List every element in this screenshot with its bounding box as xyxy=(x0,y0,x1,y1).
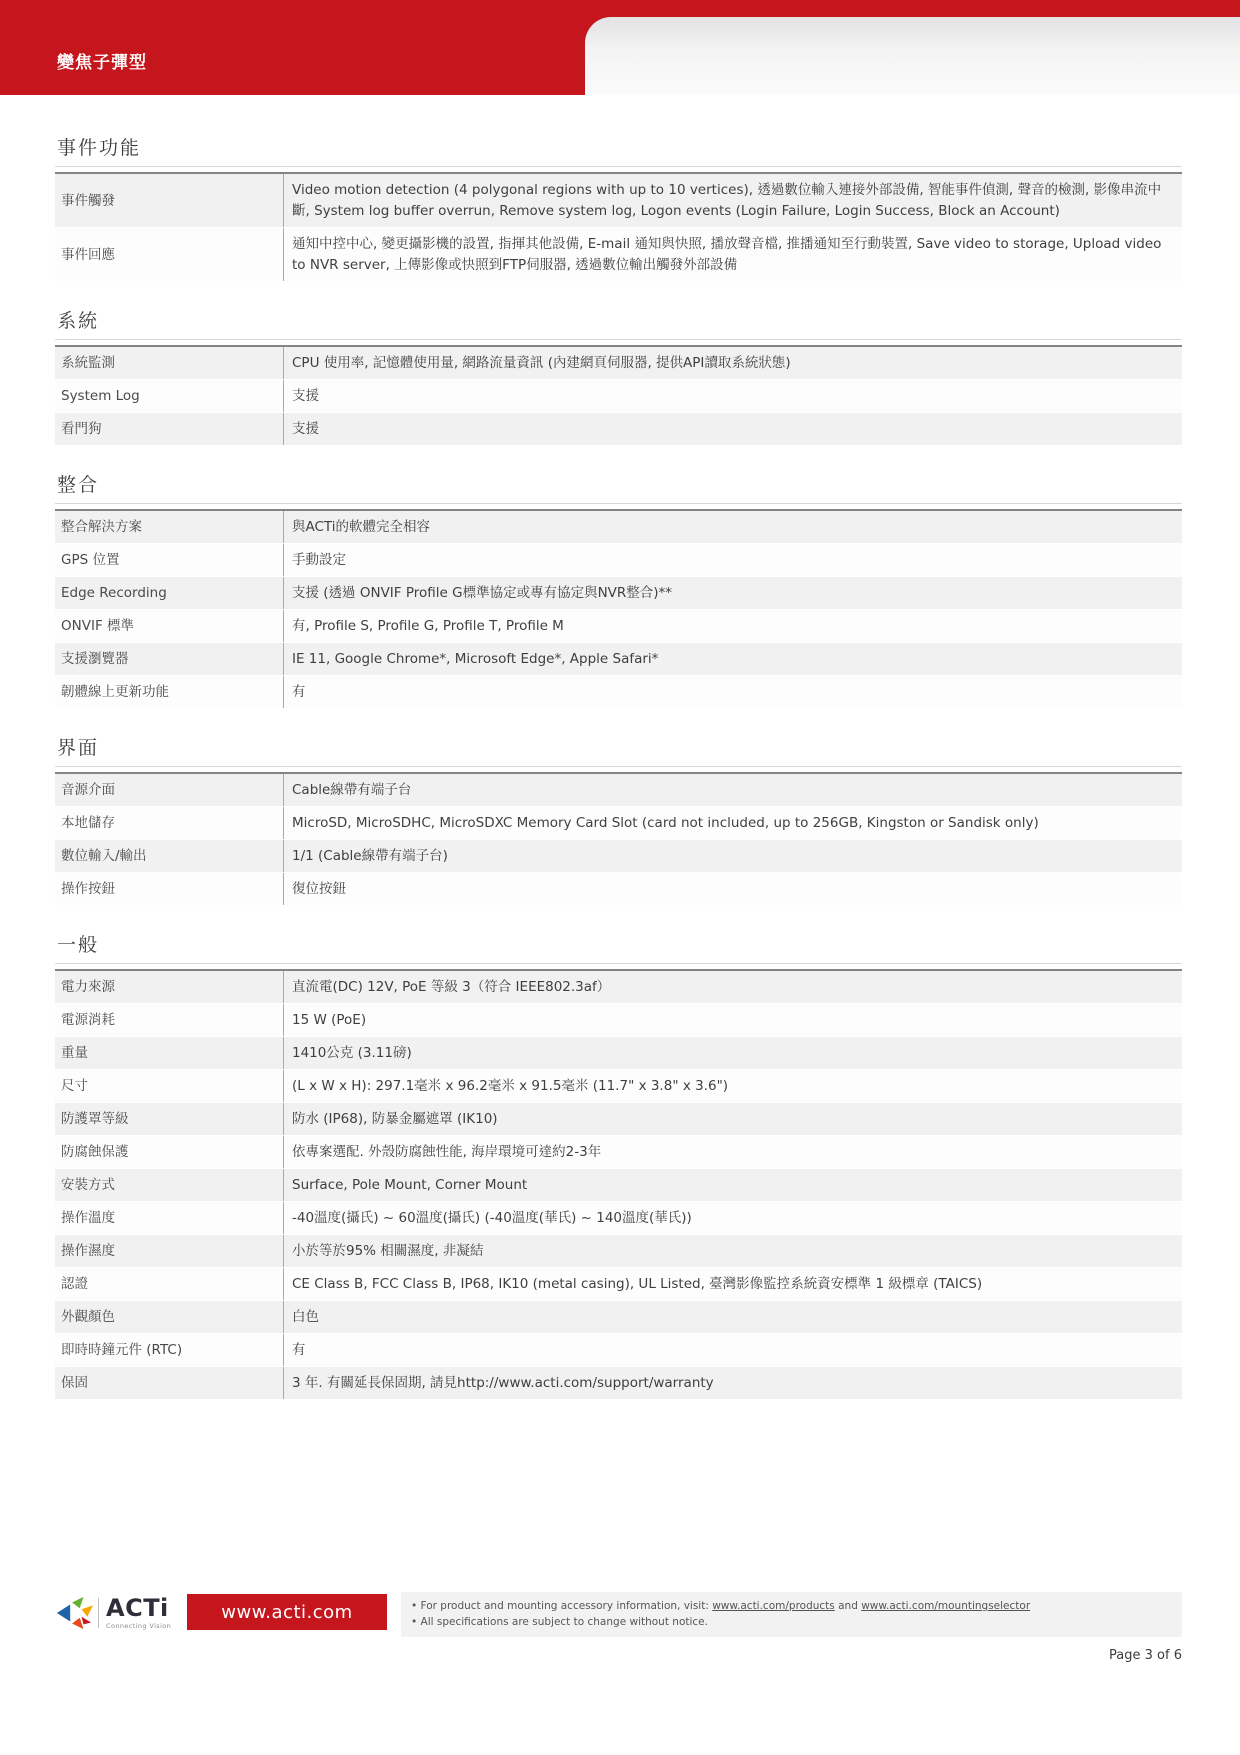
spec-row: 防腐蝕保護依專案選配. 外殼防腐蝕性能, 海岸環境可達約2-3年 xyxy=(55,1136,1182,1169)
spec-label: 數位輸入/輸出 xyxy=(55,840,283,872)
spec-value: 直流電(DC) 12V, PoE 等級 3（符合 IEEE802.3af） xyxy=(283,971,1182,1003)
spec-value: 有 xyxy=(283,676,1182,708)
spec-section: 事件功能事件觸發Video motion detection (4 polygo… xyxy=(55,133,1182,282)
spec-value: IE 11, Google Chrome*, Microsoft Edge*, … xyxy=(283,643,1182,675)
spec-row: 認證CE Class B, FCC Class B, IP68, IK10 (m… xyxy=(55,1268,1182,1301)
spec-row: 尺寸(L x W x H): 297.1毫米 x 96.2毫米 x 91.5毫米… xyxy=(55,1070,1182,1103)
logo-divider xyxy=(98,1598,99,1628)
spec-label: 安裝方式 xyxy=(55,1169,283,1201)
spec-label: 即時時鐘元件 (RTC) xyxy=(55,1334,283,1366)
spec-value: 支援 xyxy=(283,380,1182,412)
spec-value: 通知中控中心, 變更攝影機的設置, 指揮其他設備, E-mail 通知與快照, … xyxy=(283,228,1182,281)
note-text: • For product and mounting accessory inf… xyxy=(411,1600,712,1612)
spec-value: 有, Profile S, Profile G, Profile T, Prof… xyxy=(283,610,1182,642)
spec-row: 保固3 年. 有關延長保固期, 請見http://www.acti.com/su… xyxy=(55,1367,1182,1400)
spec-row: 操作按鈕復位按鈕 xyxy=(55,873,1182,906)
spec-row: 事件回應通知中控中心, 變更攝影機的設置, 指揮其他設備, E-mail 通知與… xyxy=(55,228,1182,282)
spec-label: 認證 xyxy=(55,1268,283,1300)
spec-value: CE Class B, FCC Class B, IP68, IK10 (met… xyxy=(283,1268,1182,1300)
page-title: 變焦子彈型 xyxy=(57,48,147,73)
spec-label: 韌體線上更新功能 xyxy=(55,676,283,708)
spec-label: 操作溫度 xyxy=(55,1202,283,1234)
spec-label: 整合解決方案 xyxy=(55,511,283,543)
header-bar: 變焦子彈型 xyxy=(0,0,1240,95)
mountingselector-link[interactable]: www.acti.com/mountingselector xyxy=(861,1600,1030,1612)
spec-value: 白色 xyxy=(283,1301,1182,1333)
acti-logo-icon xyxy=(55,1594,93,1632)
spec-row: 整合解決方案與ACTi的軟體完全相容 xyxy=(55,511,1182,544)
spec-row: 韌體線上更新功能有 xyxy=(55,676,1182,709)
section-title: 系統 xyxy=(55,306,1182,340)
section-title: 整合 xyxy=(55,470,1182,504)
spec-value: 復位按鈕 xyxy=(283,873,1182,905)
logo-tagline: Connecting Vision xyxy=(106,1623,171,1630)
spec-row: 安裝方式Surface, Pole Mount, Corner Mount xyxy=(55,1169,1182,1202)
spec-value: -40溫度(攝氏) ~ 60溫度(攝氏) (-40溫度(華氏) ~ 140溫度(… xyxy=(283,1202,1182,1234)
spec-row: 系統監測CPU 使用率, 記憶體使用量, 網路流量資訊 (內建網頁伺服器, 提供… xyxy=(55,347,1182,380)
spec-table: 電力來源直流電(DC) 12V, PoE 等級 3（符合 IEEE802.3af… xyxy=(55,969,1182,1400)
spec-label: 防腐蝕保護 xyxy=(55,1136,283,1168)
products-link[interactable]: www.acti.com/products xyxy=(712,1600,835,1612)
logo-wordmark: ACTi xyxy=(106,1596,171,1620)
spec-label: 系統監測 xyxy=(55,347,283,379)
spec-row: 操作溫度-40溫度(攝氏) ~ 60溫度(攝氏) (-40溫度(華氏) ~ 14… xyxy=(55,1202,1182,1235)
spec-value: CPU 使用率, 記憶體使用量, 網路流量資訊 (內建網頁伺服器, 提供API讀… xyxy=(283,347,1182,379)
spec-value: 3 年. 有關延長保固期, 請見http://www.acti.com/supp… xyxy=(283,1367,1182,1399)
spec-row: 事件觸發Video motion detection (4 polygonal … xyxy=(55,174,1182,228)
spec-row: 操作濕度小於等於95% 相關濕度, 非凝結 xyxy=(55,1235,1182,1268)
spec-value: Surface, Pole Mount, Corner Mount xyxy=(283,1169,1182,1201)
spec-label: Edge Recording xyxy=(55,577,283,609)
spec-row: 電力來源直流電(DC) 12V, PoE 等級 3（符合 IEEE802.3af… xyxy=(55,971,1182,1004)
footer-note-disclaimer: • All specifications are subject to chan… xyxy=(411,1614,1172,1630)
spec-row: ONVIF 標準有, Profile S, Profile G, Profile… xyxy=(55,610,1182,643)
acti-logo: ACTi Connecting Vision xyxy=(55,1592,177,1632)
spec-label: 音源介面 xyxy=(55,774,283,806)
spec-label: 支援瀏覽器 xyxy=(55,643,283,675)
spec-value: 支援 (透過 ONVIF Profile G標準協定或專有協定與NVR整合)** xyxy=(283,577,1182,609)
spec-label: 電源消耗 xyxy=(55,1004,283,1036)
spec-value: Cable線帶有端子台 xyxy=(283,774,1182,806)
spec-row: System Log支援 xyxy=(55,380,1182,413)
spec-section: 一般電力來源直流電(DC) 12V, PoE 等級 3（符合 IEEE802.3… xyxy=(55,930,1182,1400)
spec-value: (L x W x H): 297.1毫米 x 96.2毫米 x 91.5毫米 (… xyxy=(283,1070,1182,1102)
spec-row: 本地儲存MicroSD, MicroSDHC, MicroSDXC Memory… xyxy=(55,807,1182,840)
logo-text-wrap: ACTi Connecting Vision xyxy=(106,1596,171,1630)
spec-label: 事件回應 xyxy=(55,228,283,281)
footer-note-accessory: • For product and mounting accessory inf… xyxy=(411,1598,1172,1614)
spec-value: 手動設定 xyxy=(283,544,1182,576)
spec-row: 防護罩等級防水 (IP68), 防暴金屬遮罩 (IK10) xyxy=(55,1103,1182,1136)
spec-table: 音源介面Cable線帶有端子台本地儲存MicroSD, MicroSDHC, M… xyxy=(55,772,1182,906)
spec-row: 支援瀏覽器IE 11, Google Chrome*, Microsoft Ed… xyxy=(55,643,1182,676)
spec-label: 保固 xyxy=(55,1367,283,1399)
spec-section: 界面音源介面Cable線帶有端子台本地儲存MicroSD, MicroSDHC,… xyxy=(55,733,1182,906)
spec-label: 事件觸發 xyxy=(55,174,283,227)
footer-notes: • For product and mounting accessory inf… xyxy=(401,1592,1182,1637)
section-title: 一般 xyxy=(55,930,1182,964)
spec-value: 有 xyxy=(283,1334,1182,1366)
spec-row: 數位輸入/輸出1/1 (Cable線帶有端子台) xyxy=(55,840,1182,873)
spec-content: 事件功能事件觸發Video motion detection (4 polygo… xyxy=(0,95,1240,1400)
spec-section: 整合整合解決方案與ACTi的軟體完全相容GPS 位置手動設定Edge Recor… xyxy=(55,470,1182,709)
spec-sheet-page: 變焦子彈型 事件功能事件觸發Video motion detection (4 … xyxy=(0,0,1240,1400)
spec-label: 重量 xyxy=(55,1037,283,1069)
spec-label: System Log xyxy=(55,380,283,412)
spec-table: 整合解決方案與ACTi的軟體完全相容GPS 位置手動設定Edge Recordi… xyxy=(55,509,1182,709)
spec-label: 電力來源 xyxy=(55,971,283,1003)
spec-value: 與ACTi的軟體完全相容 xyxy=(283,511,1182,543)
spec-value: 15 W (PoE) xyxy=(283,1004,1182,1036)
note-text: and xyxy=(835,1600,861,1612)
spec-label: 防護罩等級 xyxy=(55,1103,283,1135)
spec-label: 外觀顏色 xyxy=(55,1301,283,1333)
spec-value: 1410公克 (3.11磅) xyxy=(283,1037,1182,1069)
spec-label: 操作濕度 xyxy=(55,1235,283,1267)
spec-row: 電源消耗15 W (PoE) xyxy=(55,1004,1182,1037)
spec-value: 支援 xyxy=(283,413,1182,445)
spec-label: 看門狗 xyxy=(55,413,283,445)
footer: ACTi Connecting Vision www.acti.com • Fo… xyxy=(55,1592,1182,1637)
spec-label: 尺寸 xyxy=(55,1070,283,1102)
spec-label: GPS 位置 xyxy=(55,544,283,576)
spec-row: 音源介面Cable線帶有端子台 xyxy=(55,774,1182,807)
spec-value: 防水 (IP68), 防暴金屬遮罩 (IK10) xyxy=(283,1103,1182,1135)
section-title: 事件功能 xyxy=(55,133,1182,167)
spec-row: GPS 位置手動設定 xyxy=(55,544,1182,577)
header-curve-decoration xyxy=(585,17,1240,95)
page-number: Page 3 of 6 xyxy=(1109,1648,1182,1663)
spec-value: Video motion detection (4 polygonal regi… xyxy=(283,174,1182,227)
spec-table: 事件觸發Video motion detection (4 polygonal … xyxy=(55,172,1182,282)
spec-value: MicroSD, MicroSDHC, MicroSDXC Memory Car… xyxy=(283,807,1182,839)
spec-label: ONVIF 標準 xyxy=(55,610,283,642)
spec-label: 本地儲存 xyxy=(55,807,283,839)
spec-row: 即時時鐘元件 (RTC)有 xyxy=(55,1334,1182,1367)
spec-row: 重量1410公克 (3.11磅) xyxy=(55,1037,1182,1070)
spec-value: 依專案選配. 外殼防腐蝕性能, 海岸環境可達約2-3年 xyxy=(283,1136,1182,1168)
spec-row: Edge Recording支援 (透過 ONVIF Profile G標準協定… xyxy=(55,577,1182,610)
section-title: 界面 xyxy=(55,733,1182,767)
spec-table: 系統監測CPU 使用率, 記憶體使用量, 網路流量資訊 (內建網頁伺服器, 提供… xyxy=(55,345,1182,446)
spec-label: 操作按鈕 xyxy=(55,873,283,905)
website-button[interactable]: www.acti.com xyxy=(187,1594,387,1630)
spec-row: 看門狗支援 xyxy=(55,413,1182,446)
spec-section: 系統系統監測CPU 使用率, 記憶體使用量, 網路流量資訊 (內建網頁伺服器, … xyxy=(55,306,1182,446)
spec-row: 外觀顏色白色 xyxy=(55,1301,1182,1334)
spec-value: 小於等於95% 相關濕度, 非凝結 xyxy=(283,1235,1182,1267)
spec-value: 1/1 (Cable線帶有端子台) xyxy=(283,840,1182,872)
footer-row: ACTi Connecting Vision www.acti.com • Fo… xyxy=(55,1592,1182,1637)
